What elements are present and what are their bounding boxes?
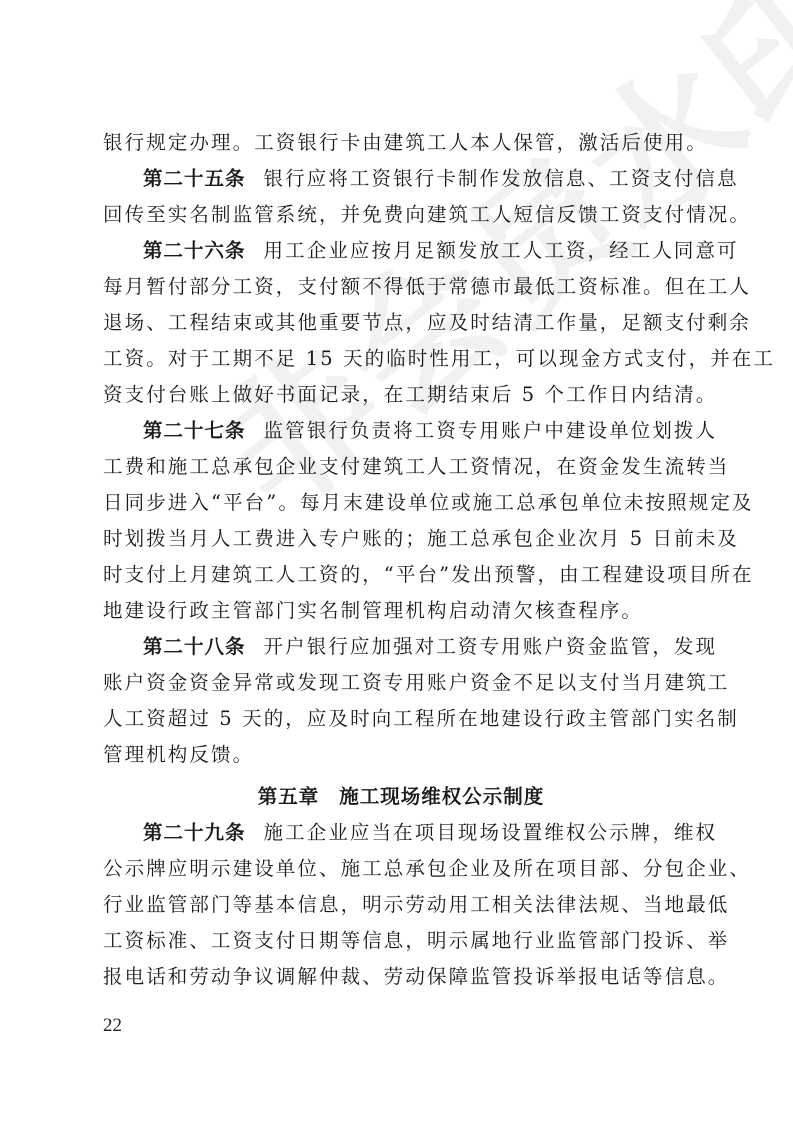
document-page: 非会员水印 银行规定办理。工资银行卡由建筑工人本人保管，激活后使用。 第二十五条… [0, 0, 793, 1122]
article-29-line: 报电话和劳动争议调解仲裁、劳动保障监管投诉举报电话等信息。 [103, 959, 699, 995]
article-28-line: 管理机构反馈。 [103, 737, 699, 773]
chapter-number: 第五章 [258, 785, 320, 808]
article-26-line: 退场、工程结束或其他重要节点，应及时结清工作量，足额支付剩余 [103, 305, 699, 341]
article-28-first-line: 第二十八条开户银行应加强对工资专用账户资金监管，发现 [103, 629, 699, 665]
continuation-line: 银行规定办理。工资银行卡由建筑工人本人保管，激活后使用。 [103, 125, 699, 161]
article-27-line: 时支付上月建筑工人工资的，“平台”发出预警，由工程建设项目所在 [103, 557, 699, 593]
article-29-line: 工资标准、工资支付日期等信息，明示属地行业监管部门投诉、举 [103, 923, 699, 959]
article-29-first-line: 第二十九条施工企业应当在项目现场设置维权公示牌，维权 [103, 815, 699, 851]
article-25-first-line: 第二十五条银行应将工资银行卡制作发放信息、工资支付信息 [103, 161, 699, 197]
article-number: 第二十六条 [143, 239, 246, 262]
article-29-line: 公示牌应明示建设单位、施工总承包企业及所在项目部、分包企业、 [103, 851, 699, 887]
chapter-heading: 第五章施工现场维权公示制度 [103, 779, 699, 815]
article-27-line: 时划拨当月人工费进入专户账的；施工总承包企业次月 5 日前未及 [103, 521, 699, 557]
article-28-line: 人工资超过 5 天的，应及时向工程所在地建设行政主管部门实名制 [103, 701, 699, 737]
body-text: 银行规定办理。工资银行卡由建筑工人本人保管，激活后使用。 第二十五条银行应将工资… [103, 125, 699, 995]
article-27-line: 日同步进入“平台”。每月末建设单位或施工总承包单位未按照规定及 [103, 485, 699, 521]
page-number: 22 [103, 1015, 122, 1037]
article-28-line: 账户资金资金异常或发现工资专用账户资金不足以支付当月建筑工 [103, 665, 699, 701]
article-27-line: 地建设行政主管部门实名制管理机构启动清欠核查程序。 [103, 593, 699, 629]
chapter-title: 施工现场维权公示制度 [339, 785, 544, 808]
article-number: 第二十五条 [143, 167, 246, 190]
article-27-line: 工费和施工总承包企业支付建筑工人工资情况，在资金发生流转当 [103, 449, 699, 485]
article-number: 第二十七条 [143, 419, 246, 442]
article-26-line: 工资。对于工期不足 15 天的临时性用工，可以现金方式支付，并在工 [103, 341, 699, 377]
article-25-line: 回传至实名制监管系统，并免费向建筑工人短信反馈工资支付情况。 [103, 197, 699, 233]
article-26-first-line: 第二十六条用工企业应按月足额发放工人工资，经工人同意可 [103, 233, 699, 269]
article-number: 第二十九条 [143, 821, 246, 844]
article-26-line: 资支付台账上做好书面记录，在工期结束后 5 个工作日内结清。 [103, 377, 699, 413]
article-27-first-line: 第二十七条监管银行负责将工资专用账户中建设单位划拨人 [103, 413, 699, 449]
article-26-line: 每月暂付部分工资，支付额不得低于常德市最低工资标准。但在工人 [103, 269, 699, 305]
article-29-line: 行业监管部门等基本信息，明示劳动用工相关法律法规、当地最低 [103, 887, 699, 923]
article-number: 第二十八条 [143, 635, 246, 658]
